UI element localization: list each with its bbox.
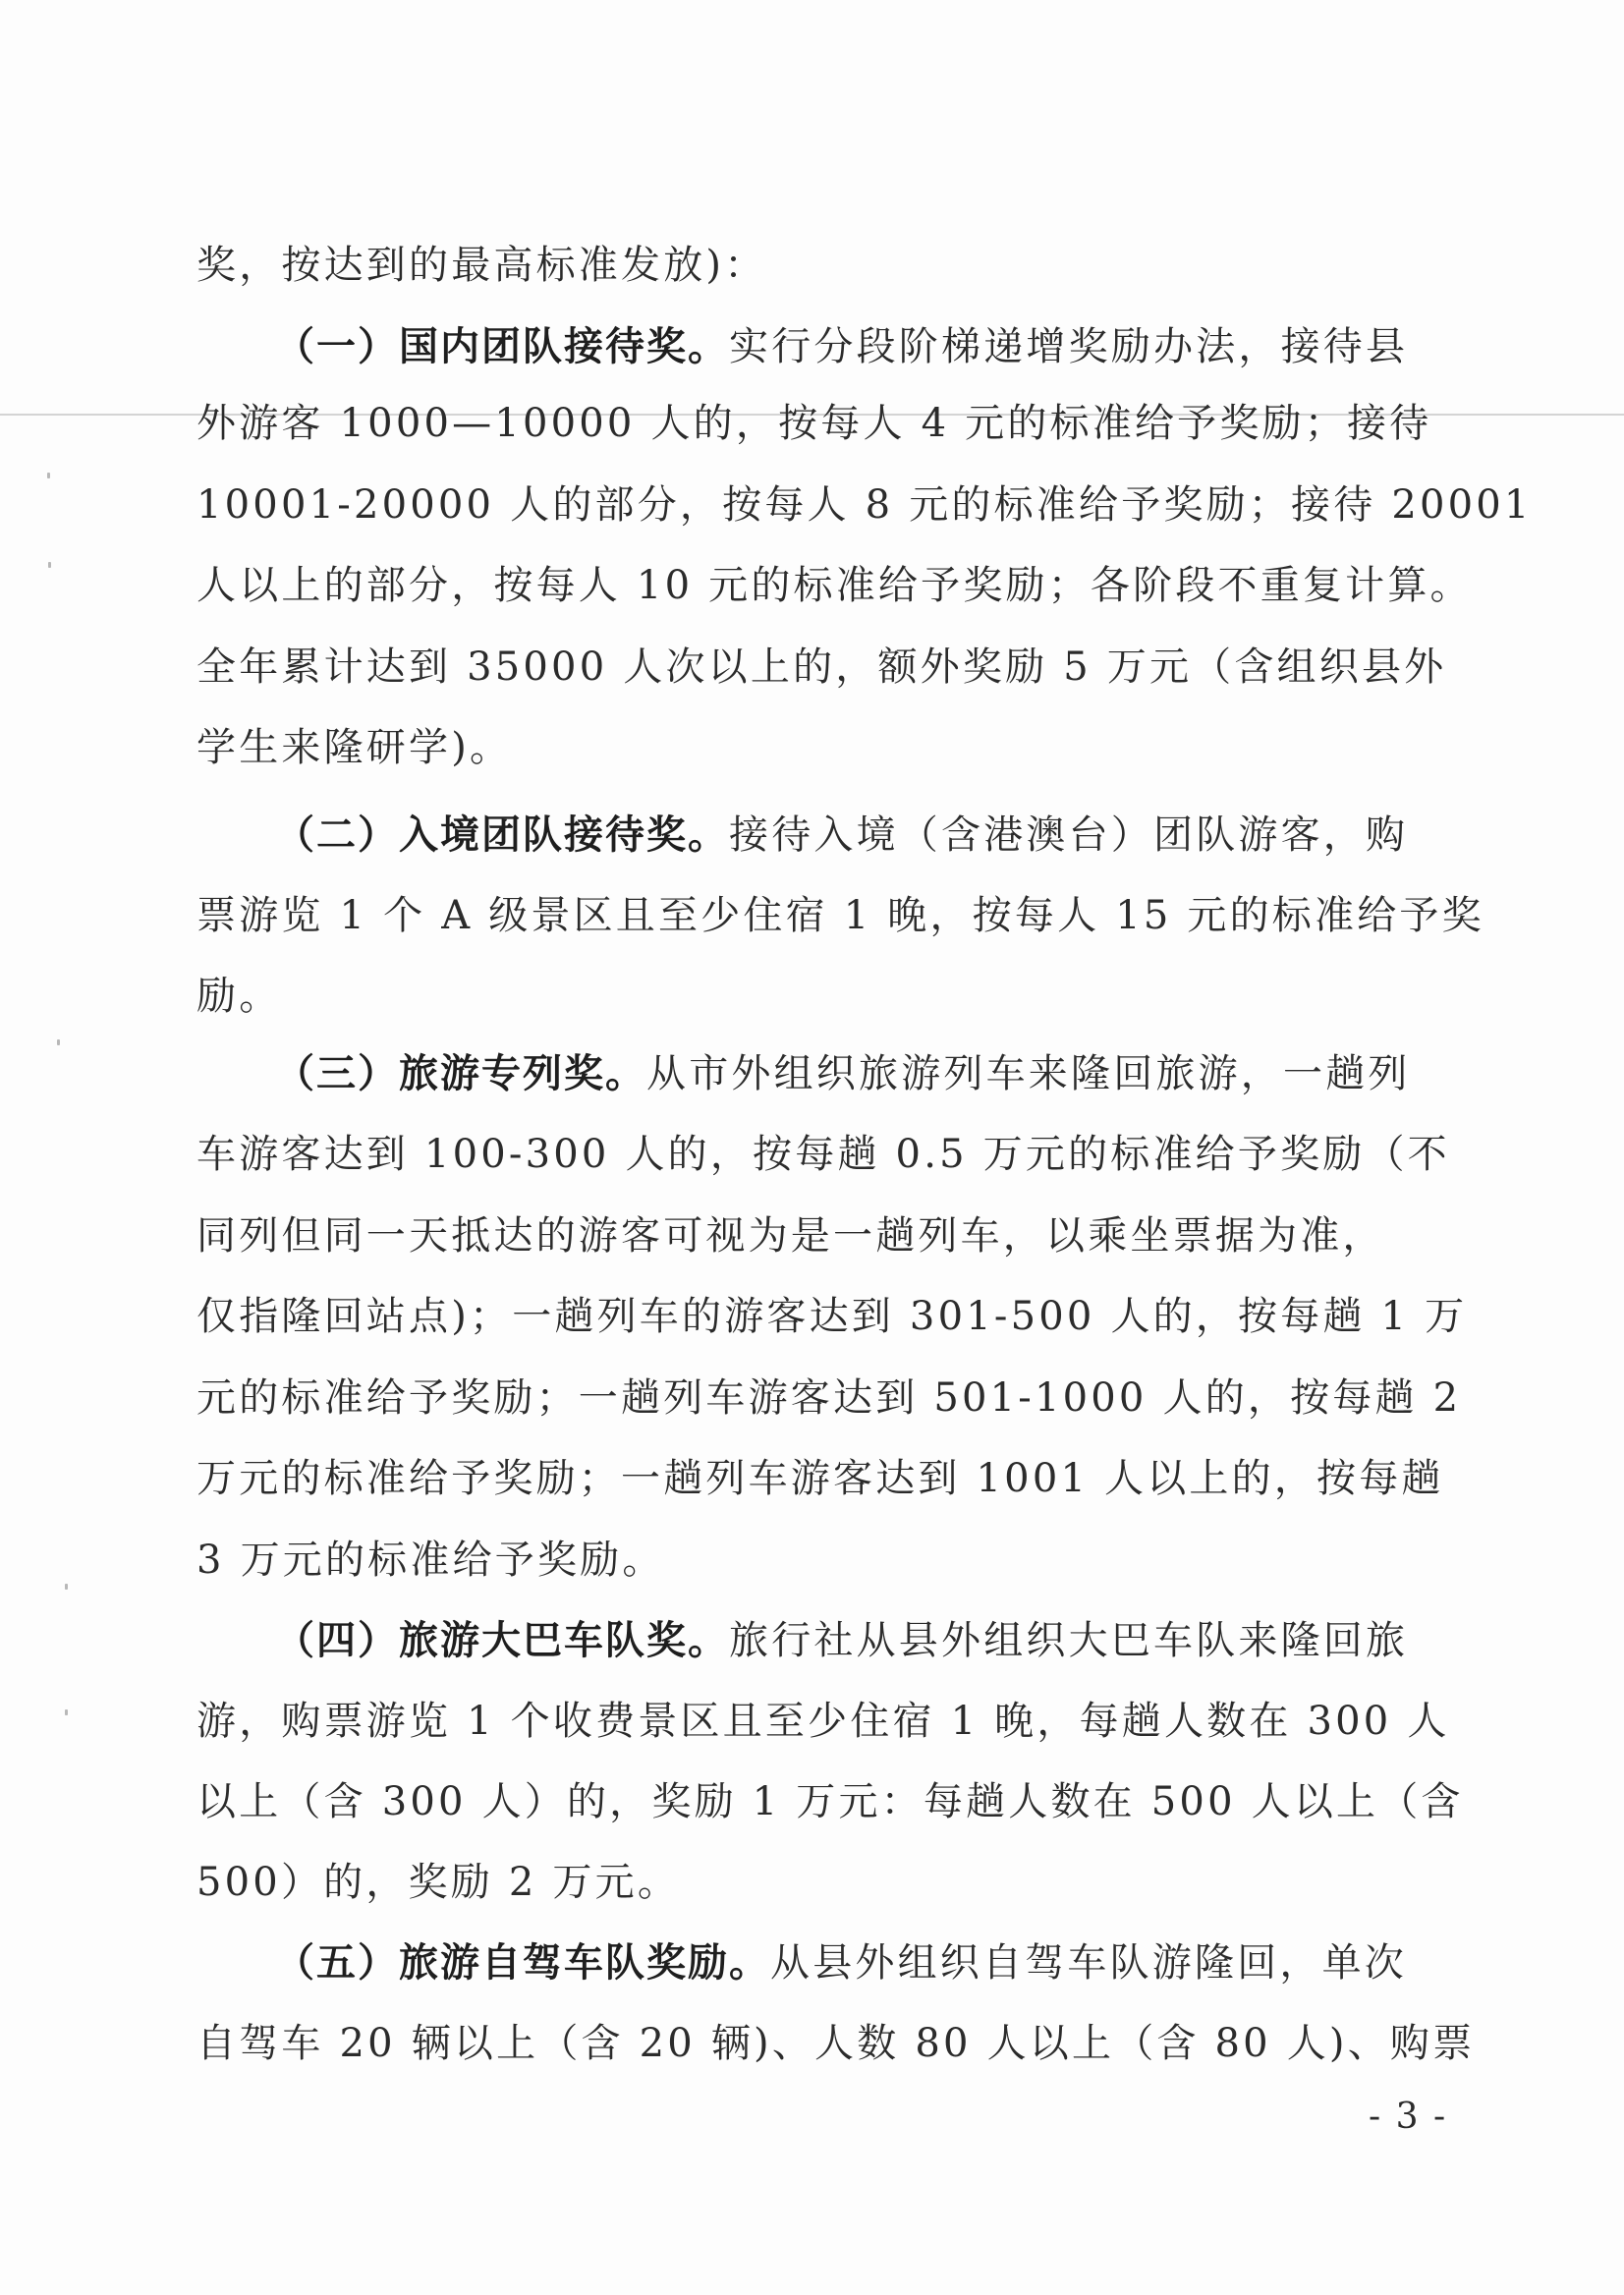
section-5-line: 自驾车 20 辆以上（含 20 辆)、人数 80 人以上（含 80 人)、购票 — [196, 2014, 1425, 2073]
scan-speck — [47, 473, 50, 478]
section-3-line: 车游客达到 100-300 人的，按每趟 0.5 万元的标准给予奖励（不 — [196, 1125, 1425, 1184]
scan-speck — [57, 1039, 60, 1045]
section-5-first-line: （五）旅游自驾车队奖励。从县外组织自驾车队游隆回，单次 — [275, 1933, 1503, 1992]
page-number: - 3 - — [1369, 2093, 1447, 2142]
section-3-line: 3 万元的标准给予奖励。 — [196, 1531, 1425, 1590]
section-2-line: 励。 — [196, 967, 1425, 1026]
section-4-heading: （四）旅游大巴车队奖。 — [275, 1618, 729, 1663]
section-3-text: 从市外组织旅游列车来隆回旅游，一趟列 — [646, 1051, 1411, 1096]
section-2-text: 接待入境（含港澳台）团队游客，购 — [729, 812, 1408, 858]
section-3-line: 万元的标准给予奖励；一趟列车游客达到 1001 人以上的，按每趟 — [196, 1449, 1425, 1508]
scan-speck — [65, 1709, 68, 1715]
document-page: 奖，按达到的最高标准发放)： （一）国内团队接待奖。实行分段阶梯递增奖励办法，接… — [0, 0, 1624, 2295]
section-4-first-line: （四）旅游大巴车队奖。旅行社从县外组织大巴车队来隆回旅 — [275, 1611, 1503, 1670]
section-3-line: 同列但同一天抵达的游客可视为是一趟列车，以乘坐票据为准， — [196, 1206, 1425, 1265]
scan-speck — [65, 1584, 68, 1590]
section-3-line: 元的标准给予奖励；一趟列车游客达到 501-1000 人的，按每趟 2 — [196, 1369, 1425, 1427]
section-4-line: 游，购票游览 1 个收费景区且至少住宿 1 晚，每趟人数在 300 人 — [196, 1692, 1425, 1751]
section-3-line: 仅指隆回站点)；一趟列车的游客达到 301-500 人的，按每趟 1 万 — [196, 1287, 1425, 1346]
section-2-first-line: （二）入境团队接待奖。接待入境（含港澳台）团队游客，购 — [275, 806, 1503, 865]
section-1-line: 10001-20000 人的部分，按每人 8 元的标准给予奖励；接待 20001 — [196, 476, 1425, 534]
section-1-line: 全年累计达到 35000 人次以上的，额外奖励 5 万元（含组织县外 — [196, 638, 1425, 697]
section-1-line: 外游客 1000—10000 人的，按每人 4 元的标准给予奖励；接待 — [196, 394, 1425, 453]
section-1-heading: （一）国内团队接待奖。 — [275, 324, 729, 369]
section-5-heading: （五）旅游自驾车队奖励。 — [275, 1940, 770, 1986]
section-4-text: 旅行社从县外组织大巴车队来隆回旅 — [729, 1618, 1408, 1663]
section-1-text: 实行分段阶梯递增奖励办法，接待县 — [729, 324, 1408, 369]
intro-line: 奖，按达到的最高标准发放)： — [196, 236, 1425, 295]
section-1-line: 学生来隆研学)。 — [196, 718, 1425, 777]
section-2-heading: （二）入境团队接待奖。 — [275, 812, 729, 858]
section-2-line: 票游览 1 个 A 级景区且至少住宿 1 晚，按每人 15 元的标准给予奖 — [196, 886, 1425, 945]
section-4-line: 500）的，奖励 2 万元。 — [196, 1853, 1425, 1912]
section-1-first-line: （一）国内团队接待奖。实行分段阶梯递增奖励办法，接待县 — [275, 317, 1503, 376]
section-5-text: 从县外组织自驾车队游隆回，单次 — [770, 1940, 1407, 1986]
section-4-line: 以上（含 300 人）的，奖励 1 万元：每趟人数在 500 人以上（含 — [196, 1772, 1425, 1831]
section-1-line: 人以上的部分，按每人 10 元的标准给予奖励；各阶段不重复计算。 — [196, 556, 1425, 615]
scan-speck — [48, 562, 51, 568]
section-3-heading: （三）旅游专列奖。 — [275, 1051, 646, 1096]
section-3-first-line: （三）旅游专列奖。从市外组织旅游列车来隆回旅游，一趟列 — [275, 1044, 1503, 1103]
